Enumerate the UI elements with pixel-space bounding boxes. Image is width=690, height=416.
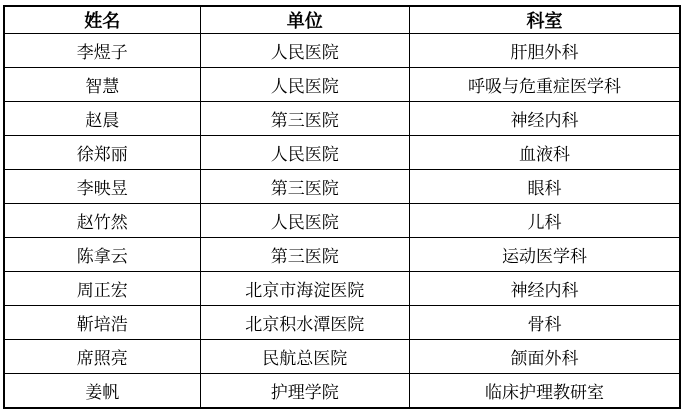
cell-name: 靳培浩 [4,305,200,339]
cell-department: 肝胆外科 [410,34,680,68]
cell-name: 智慧 [4,67,200,101]
table-row: 陈拿云 第三医院 运动医学科 [4,237,680,271]
cell-name: 席照亮 [4,339,200,373]
table-row: 徐郑丽 人民医院 血液科 [4,135,680,169]
column-header-unit: 单位 [200,6,410,34]
cell-department: 神经内科 [410,271,680,305]
cell-unit: 人民医院 [200,135,410,169]
table-row: 赵竹然 人民医院 儿科 [4,203,680,237]
cell-name: 徐郑丽 [4,135,200,169]
cell-department: 骨科 [410,305,680,339]
cell-department: 神经内科 [410,101,680,135]
table-header-row: 姓名 单位 科室 [4,6,680,34]
column-header-department: 科室 [410,6,680,34]
cell-name: 陈拿云 [4,237,200,271]
table-row: 靳培浩 北京积水潭医院 骨科 [4,305,680,339]
table-row: 李煜子 人民医院 肝胆外科 [4,34,680,68]
column-header-name: 姓名 [4,6,200,34]
table-row: 姜帆 护理学院 临床护理教研室 [4,373,680,408]
cell-name: 李映昱 [4,169,200,203]
cell-department: 颌面外科 [410,339,680,373]
cell-name: 赵晨 [4,101,200,135]
cell-unit: 第三医院 [200,101,410,135]
cell-department: 儿科 [410,203,680,237]
cell-department: 眼科 [410,169,680,203]
cell-department: 呼吸与危重症医学科 [410,67,680,101]
cell-unit: 人民医院 [200,67,410,101]
cell-department: 临床护理教研室 [410,373,680,408]
cell-unit: 民航总医院 [200,339,410,373]
cell-name: 姜帆 [4,373,200,408]
cell-unit: 人民医院 [200,203,410,237]
table-row: 席照亮 民航总医院 颌面外科 [4,339,680,373]
cell-unit: 第三医院 [200,237,410,271]
cell-unit: 护理学院 [200,373,410,408]
table-row: 赵晨 第三医院 神经内科 [4,101,680,135]
table-row: 李映昱 第三医院 眼科 [4,169,680,203]
cell-unit: 人民医院 [200,34,410,68]
cell-department: 运动医学科 [410,237,680,271]
cell-name: 赵竹然 [4,203,200,237]
table-row: 智慧 人民医院 呼吸与危重症医学科 [4,67,680,101]
cell-name: 李煜子 [4,34,200,68]
cell-unit: 北京市海淀医院 [200,271,410,305]
cell-unit: 北京积水潭医院 [200,305,410,339]
cell-unit: 第三医院 [200,169,410,203]
table-row: 周正宏 北京市海淀医院 神经内科 [4,271,680,305]
cell-name: 周正宏 [4,271,200,305]
personnel-table: 姓名 单位 科室 李煜子 人民医院 肝胆外科 智慧 人民医院 呼吸与危重症医学科… [3,5,681,409]
cell-department: 血液科 [410,135,680,169]
